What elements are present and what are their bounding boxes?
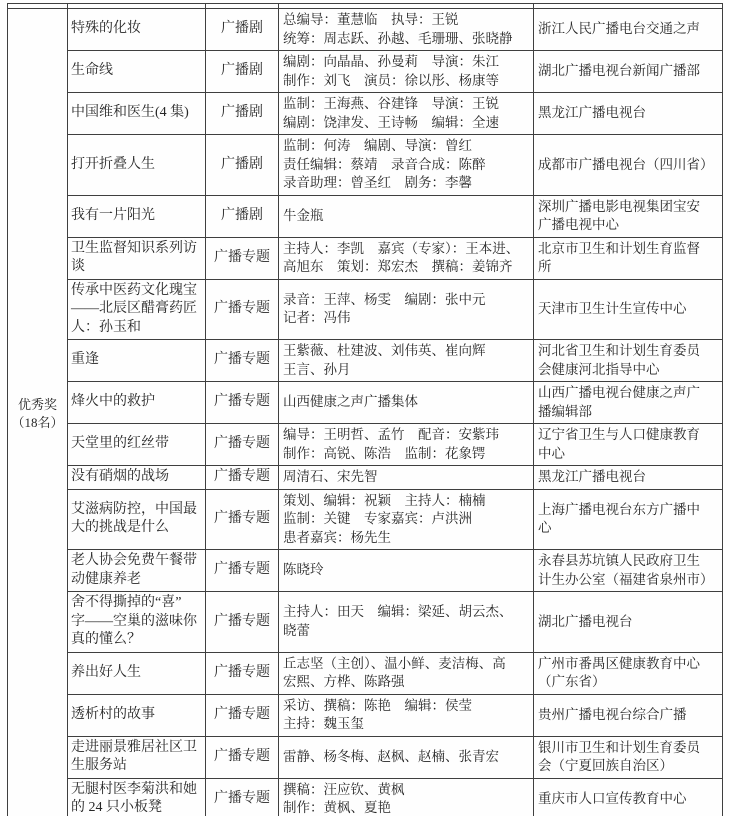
table-row: 艾滋病防控，中国最 大的挑战是什么 广播专题 策划、编辑：祝颖 主持人：楠楠 监…: [8, 489, 723, 550]
program-title-cell: 打开折叠人生: [68, 135, 206, 196]
credits-cell: 陈晓玲: [279, 550, 534, 592]
program-type-cell: 广播剧: [206, 195, 279, 237]
table-row: 传承中医药文化瑰宝 ——北辰区醋膏药匠 人：孙玉和 广播专题 录音：王萍、杨雯 …: [8, 279, 723, 340]
organization-cell: 黑龙江广播电视台: [534, 466, 723, 490]
credits-cell: 山西健康之声广播集体: [279, 382, 534, 424]
table-row: 老人协会免费午餐带 动健康养老 广播专题 陈晓玲 永春县苏坑镇人民政府卫生 计生…: [8, 550, 723, 592]
table-row: 中国维和医生(4 集) 广播剧 监制：王海燕、谷建锋 导演：王锐 编剧：饶津发、…: [8, 93, 723, 135]
program-title-cell: 烽火中的救护: [68, 382, 206, 424]
organization-cell: 河北省卫生和计划生育委员 会健康河北指导中心: [534, 340, 723, 382]
table-row: 没有硝烟的战场 广播专题 周清石、宋先智 黑龙江广播电视台: [8, 466, 723, 490]
program-type-cell: 广播专题: [206, 736, 279, 778]
program-type-cell: 广播专题: [206, 489, 279, 550]
organization-cell: 湖北广播电视台: [534, 592, 723, 653]
credits-cell: 雷静、杨冬梅、赵枫、赵楠、张青宏: [279, 736, 534, 778]
table-row: 打开折叠人生 广播剧 监制：何涛 编剧、导演：曾红 责任编辑：蔡靖 录音合成：陈…: [8, 135, 723, 196]
table-row: 养出好人生 广播专题 丘志坚（主创）、温小鲜、麦洁梅、高 宏熙、方桦、陈路强 广…: [8, 652, 723, 694]
organization-cell: 湖北广播电视台新闻广播部: [534, 51, 723, 93]
table-row: 卫生监督知识系列访 谈 广播专题 主持人：李凯 嘉宾（专家）：王本进、 高旭东 …: [8, 237, 723, 279]
program-type-cell: 广播专题: [206, 424, 279, 466]
program-title-cell: 无腿村医李菊洪和她 的 24 只小板凳: [68, 778, 206, 816]
program-title-cell: 天堂里的红丝带: [68, 424, 206, 466]
program-title-cell: 重逢: [68, 340, 206, 382]
program-title-cell: 舍不得撕掉的“喜” 字——空巢的滋味你 真的懂么？: [68, 592, 206, 653]
credits-cell: 主持人：田天 编辑：梁延、胡云杰、 晓蕾: [279, 592, 534, 653]
table-row: 透析村的故事 广播专题 采访、撰稿：陈艳 编辑：侯莹 主持：魏玉玺 贵州广播电视…: [8, 694, 723, 736]
document-page: 优秀奖 （18名） 特殊的化妆 广播剧 总编导：董慧临 执导：王锐 统筹：周志跃…: [0, 0, 730, 816]
program-title-cell: 传承中医药文化瑰宝 ——北辰区醋膏药匠 人：孙玉和: [68, 279, 206, 340]
program-title-cell: 走进丽景雅居社区卫 生服务站: [68, 736, 206, 778]
program-type-cell: 广播专题: [206, 466, 279, 490]
table-row: 我有一片阳光 广播剧 牛金瓶 深圳广播电影电视集团宝安 广播电视中心: [8, 195, 723, 237]
organization-cell: 永春县苏坑镇人民政府卫生 计生办公室（福建省泉州市）: [534, 550, 723, 592]
program-type-cell: 广播剧: [206, 51, 279, 93]
program-type-cell: 广播专题: [206, 550, 279, 592]
credits-cell: 监制：王海燕、谷建锋 导演：王锐 编剧：饶津发、王诗畅 编辑：全速: [279, 93, 534, 135]
organization-cell: 辽宁省卫生与人口健康教育 中心: [534, 424, 723, 466]
award-group-cell: 优秀奖 （18名）: [8, 9, 68, 816]
program-type-cell: 广播专题: [206, 340, 279, 382]
program-type-cell: 广播剧: [206, 9, 279, 51]
program-type-cell: 广播专题: [206, 237, 279, 279]
organization-cell: 北京市卫生和计划生育监督 所: [534, 237, 723, 279]
organization-cell: 广州市番禺区健康教育中心 （广东省）: [534, 652, 723, 694]
award-table: 优秀奖 （18名） 特殊的化妆 广播剧 总编导：董慧临 执导：王锐 统筹：周志跃…: [7, 3, 723, 816]
credits-cell: 牛金瓶: [279, 195, 534, 237]
program-type-cell: 广播剧: [206, 93, 279, 135]
organization-cell: 天津市卫生计生宣传中心: [534, 279, 723, 340]
program-title-cell: 特殊的化妆: [68, 9, 206, 51]
table-row: 烽火中的救护 广播专题 山西健康之声广播集体 山西广播电视台健康之声广 播编辑部: [8, 382, 723, 424]
organization-cell: 上海广播电视台东方广播中 心: [534, 489, 723, 550]
program-title-cell: 生命线: [68, 51, 206, 93]
program-type-cell: 广播专题: [206, 382, 279, 424]
credits-cell: 编导：王明哲、孟竹 配音：安紫玮 制作：高锐、陈浩 监制：花象锷: [279, 424, 534, 466]
organization-cell: 成都市广播电视台（四川省）: [534, 135, 723, 196]
program-type-cell: 广播专题: [206, 778, 279, 816]
table-row: 优秀奖 （18名） 特殊的化妆 广播剧 总编导：董慧临 执导：王锐 统筹：周志跃…: [8, 9, 723, 51]
program-type-cell: 广播专题: [206, 592, 279, 653]
table-row: 生命线 广播剧 编剧：向晶晶、孙曼莉 导演：朱江 制作：刘飞 演员：徐以彤、杨康…: [8, 51, 723, 93]
program-title-cell: 老人协会免费午餐带 动健康养老: [68, 550, 206, 592]
organization-cell: 黑龙江广播电视台: [534, 93, 723, 135]
credits-cell: 王紫薇、杜建波、刘伟英、崔向辉 王言、孙月: [279, 340, 534, 382]
program-type-cell: 广播专题: [206, 652, 279, 694]
program-title-cell: 透析村的故事: [68, 694, 206, 736]
program-type-cell: 广播剧: [206, 135, 279, 196]
organization-cell: 深圳广播电影电视集团宝安 广播电视中心: [534, 195, 723, 237]
credits-cell: 策划、编辑：祝颖 主持人：楠楠 监制：关键 专家嘉宾：卢洪洲 患者嘉宾：杨先生: [279, 489, 534, 550]
credits-cell: 撰稿：汪应钦、黄枫 制作：黄枫、夏艳: [279, 778, 534, 816]
organization-cell: 重庆市人口宣传教育中心: [534, 778, 723, 816]
program-title-cell: 中国维和医生(4 集): [68, 93, 206, 135]
credits-cell: 监制：何涛 编剧、导演：曾红 责任编辑：蔡靖 录音合成：陈醉 录音助理：曾圣红 …: [279, 135, 534, 196]
program-type-cell: 广播专题: [206, 694, 279, 736]
credits-cell: 总编导：董慧临 执导：王锐 统筹：周志跃、孙越、毛珊珊、张晓静: [279, 9, 534, 51]
organization-cell: 贵州广播电视台综合广播: [534, 694, 723, 736]
table-row: 重逢 广播专题 王紫薇、杜建波、刘伟英、崔向辉 王言、孙月 河北省卫生和计划生育…: [8, 340, 723, 382]
program-title-cell: 没有硝烟的战场: [68, 466, 206, 490]
organization-cell: 银川市卫生和计划生育委员 会（宁夏回族自治区）: [534, 736, 723, 778]
organization-cell: 浙江人民广播电台交通之声: [534, 9, 723, 51]
credits-cell: 编剧：向晶晶、孙曼莉 导演：朱江 制作：刘飞 演员：徐以彤、杨康等: [279, 51, 534, 93]
program-type-cell: 广播专题: [206, 279, 279, 340]
program-title-cell: 我有一片阳光: [68, 195, 206, 237]
credits-cell: 主持人：李凯 嘉宾（专家）：王本进、 高旭东 策划：郑宏杰 撰稿：姜锦齐: [279, 237, 534, 279]
organization-cell: 山西广播电视台健康之声广 播编辑部: [534, 382, 723, 424]
table-row: 无腿村医李菊洪和她 的 24 只小板凳 广播专题 撰稿：汪应钦、黄枫 制作：黄枫…: [8, 778, 723, 816]
credits-cell: 周清石、宋先智: [279, 466, 534, 490]
credits-cell: 采访、撰稿：陈艳 编辑：侯莹 主持：魏玉玺: [279, 694, 534, 736]
program-title-cell: 养出好人生: [68, 652, 206, 694]
table-row: 走进丽景雅居社区卫 生服务站 广播专题 雷静、杨冬梅、赵枫、赵楠、张青宏 银川市…: [8, 736, 723, 778]
table-row: 天堂里的红丝带 广播专题 编导：王明哲、孟竹 配音：安紫玮 制作：高锐、陈浩 监…: [8, 424, 723, 466]
table-row: 舍不得撕掉的“喜” 字——空巢的滋味你 真的懂么？ 广播专题 主持人：田天 编辑…: [8, 592, 723, 653]
credits-cell: 录音：王萍、杨雯 编剧：张中元 记者：冯伟: [279, 279, 534, 340]
program-title-cell: 卫生监督知识系列访 谈: [68, 237, 206, 279]
program-title-cell: 艾滋病防控，中国最 大的挑战是什么: [68, 489, 206, 550]
credits-cell: 丘志坚（主创）、温小鲜、麦洁梅、高 宏熙、方桦、陈路强: [279, 652, 534, 694]
